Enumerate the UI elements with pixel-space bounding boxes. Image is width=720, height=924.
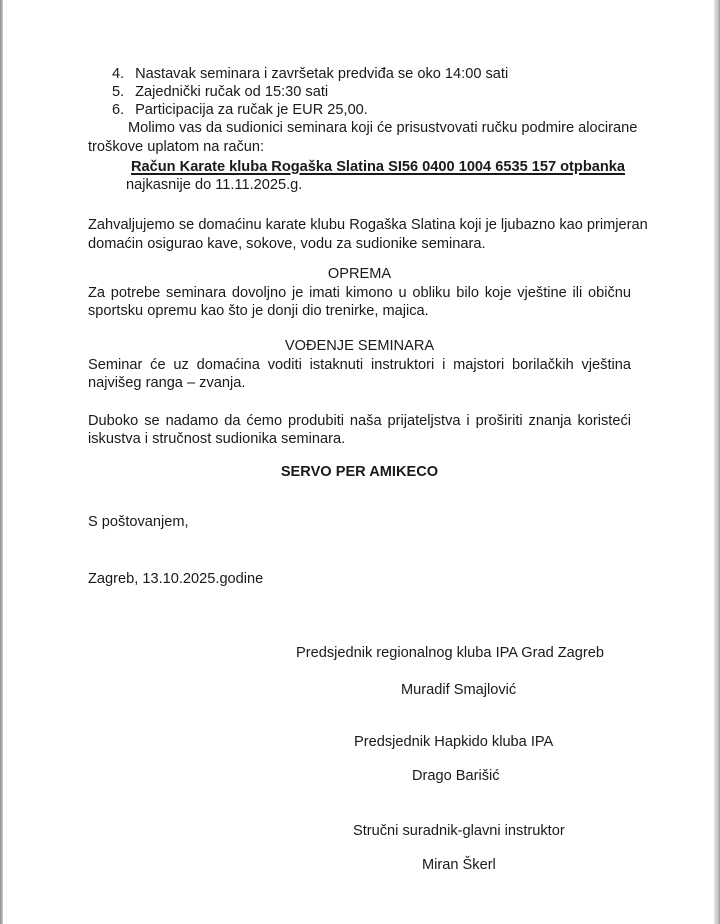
- list-item: 4. Nastavak seminara i završetak predviđ…: [112, 66, 508, 82]
- list-item: 5. Zajednički ručak od 15:30 sati: [112, 84, 328, 100]
- leadership-line: najvišeg ranga – zvanja.: [88, 375, 245, 391]
- page-edge-left: [0, 0, 3, 924]
- signatory-title: Stručni suradnik-glavni instruktor: [353, 823, 565, 839]
- payment-request-line: Molimo vas da sudionici seminara koji će…: [128, 120, 637, 136]
- thanks-paragraph-line: domaćin osigurao kave, sokove, vodu za s…: [88, 236, 486, 252]
- closing-line: iskustva i stručnost sudionika seminara.: [88, 431, 345, 447]
- motto: SERVO PER AMIKECO: [88, 464, 631, 480]
- signatory-title: Predsjednik Hapkido kluba IPA: [354, 734, 553, 750]
- closing-line: Duboko se nadamo da ćemo produbiti naša …: [88, 413, 631, 429]
- equipment-paragraph: Za potrebe seminara dovoljno je imati ki…: [88, 283, 631, 303]
- equipment-line: Za potrebe seminara dovoljno je imati ki…: [88, 285, 631, 301]
- place-date: Zagreb, 13.10.2025.godine: [88, 571, 263, 587]
- salutation: S poštovanjem,: [88, 514, 189, 530]
- page-edge-right: [714, 0, 720, 924]
- list-item-text: Nastavak seminara i završetak predviđa s…: [135, 66, 508, 82]
- list-item: 6. Participacija za ručak je EUR 25,00.: [112, 102, 368, 118]
- signatory-title: Predsjednik regionalnog kluba IPA Grad Z…: [296, 645, 604, 661]
- bank-account: Račun Karate kluba Rogaška Slatina SI56 …: [131, 159, 625, 175]
- list-item-number: 4.: [112, 66, 131, 82]
- list-item-number: 6.: [112, 102, 131, 118]
- list-item-number: 5.: [112, 84, 131, 100]
- section-heading-equipment: OPREMA: [88, 266, 631, 282]
- signatory-name: Miran Škerl: [422, 857, 496, 873]
- equipment-line: sportsku opremu kao što je donji dio tre…: [88, 303, 429, 319]
- signatory-name: Drago Barišić: [412, 768, 500, 784]
- closing-paragraph: Duboko se nadamo da ćemo produbiti naša …: [88, 411, 631, 431]
- leadership-paragraph: Seminar će uz domaćina voditi istaknuti …: [88, 355, 631, 375]
- leadership-line: Seminar će uz domaćina voditi istaknuti …: [88, 357, 631, 373]
- signatory-name: Muradif Smajlović: [401, 682, 516, 698]
- list-item-text: Zajednički ručak od 15:30 sati: [135, 84, 328, 100]
- list-item-text: Participacija za ručak je EUR 25,00.: [135, 102, 368, 118]
- section-heading-leadership: VOĐENJE SEMINARA: [88, 338, 631, 354]
- payment-deadline: najkasnije do 11.11.2025.g.: [126, 177, 302, 193]
- thanks-paragraph-line: Zahvaljujemo se domaćinu karate klubu Ro…: [88, 217, 648, 233]
- payment-request-line: troškove uplatom na račun:: [88, 139, 264, 155]
